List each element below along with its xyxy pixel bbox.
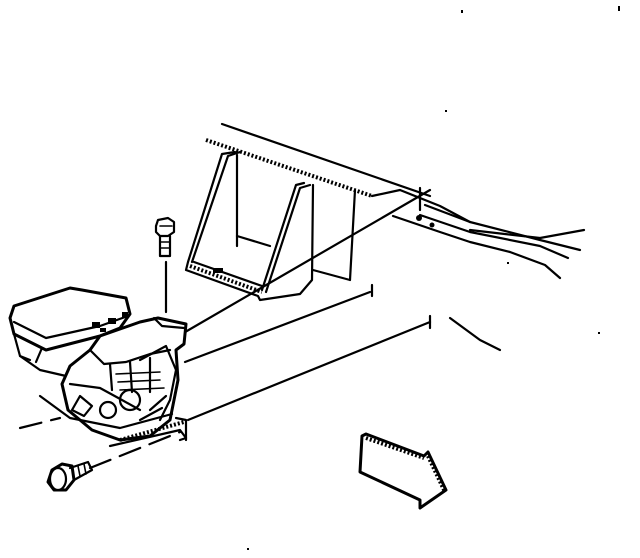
lower-bolt <box>48 462 92 490</box>
mounting-bracket <box>186 152 355 300</box>
view-arrow-icon <box>360 434 446 508</box>
frame-rail <box>206 124 584 350</box>
upper-bolt <box>156 218 174 256</box>
exploded-assembly-diagram <box>0 0 640 558</box>
